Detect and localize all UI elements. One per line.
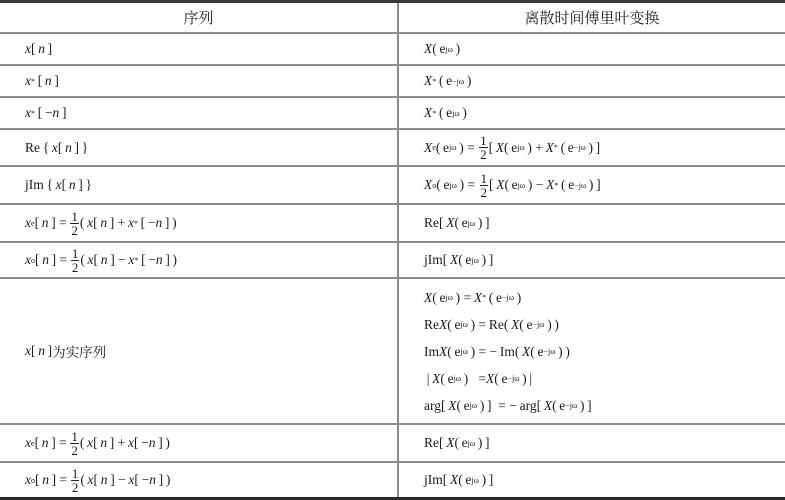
real-property-conjugate-symmetry: X( ejω ) = X* ( e−jω ) bbox=[424, 284, 521, 311]
row-7-dtft: jIm[ X( ejω ) ] bbox=[424, 243, 779, 277]
row-7-sequence: xo[ n ] = 12( x[ n ] − x* [ −n ] ) bbox=[25, 243, 390, 277]
row-2-sequence: x* [ n ] bbox=[25, 66, 390, 96]
row-2-dtft: X* ( e−jω ) bbox=[424, 66, 779, 96]
row-5-sequence: jIm { x[ n ] } bbox=[25, 167, 390, 203]
row-1-dtft: X( ejω ) bbox=[424, 34, 779, 64]
row-4-sequence: Re { x[ n ] } bbox=[25, 130, 390, 165]
row-3-sequence: x* [ −n ] bbox=[25, 98, 390, 128]
row-8-sequence: x[ n ]为实序列 bbox=[25, 279, 390, 423]
row-10-sequence: xo[ n ] = 12( x[ n ] − x[ −n ] ) bbox=[25, 463, 390, 497]
real-property-imag-part-odd: ImX( ejω ) = − Im( X( e−jω ) ) bbox=[424, 338, 570, 365]
fraction-half: 12 bbox=[71, 467, 80, 494]
fraction-half: 12 bbox=[71, 247, 80, 274]
row-4-dtft: Xe( ejω ) = 12[ X( ejω ) + X* ( e−jω ) ] bbox=[424, 130, 779, 165]
row-8-dtft-list: X( ejω ) = X* ( e−jω ) ReX( ejω ) = Re( … bbox=[424, 281, 779, 421]
real-property-real-part-even: ReX( ejω ) = Re( X( e−jω ) ) bbox=[424, 311, 559, 338]
fraction-half: 12 bbox=[479, 134, 488, 161]
row-5-dtft: Xo( ejω ) = 12[ X( ejω ) − X* ( e−jω ) ] bbox=[424, 167, 779, 203]
header-sequence: 序列 bbox=[0, 3, 397, 32]
fraction-half: 12 bbox=[70, 430, 79, 457]
row-6-dtft: Re[ X( ejω ) ] bbox=[424, 205, 779, 241]
row-1-sequence: x[ n ] bbox=[25, 34, 390, 64]
dtft-properties-table: 序列 离散时间傅里叶变换 x[ n ] X( ejω ) x* [ n ] X*… bbox=[0, 0, 785, 500]
row-6-sequence: xe[ n ] = 12( x[ n ] + x* [ −n ] ) bbox=[25, 205, 390, 241]
row-9-sequence: xe[ n ] = 12( x[ n ] + x[ −n ] ) bbox=[25, 425, 390, 461]
header-dtft: 离散时间傅里叶变换 bbox=[399, 3, 785, 32]
real-property-magnitude-even: | X( ejω ) =X( e−jω ) | bbox=[424, 365, 532, 392]
fraction-half: 12 bbox=[70, 210, 79, 237]
row-10-dtft: jIm[ X( ejω ) ] bbox=[424, 463, 779, 497]
real-property-phase-odd: arg[ X( ejω ) ] = − arg[ X( e−jω ) ] bbox=[424, 392, 592, 419]
fraction-half: 12 bbox=[480, 172, 489, 199]
row-9-dtft: Re[ X( ejω ) ] bbox=[424, 425, 779, 461]
row-3-dtft: X* ( ejω ) bbox=[424, 98, 779, 128]
